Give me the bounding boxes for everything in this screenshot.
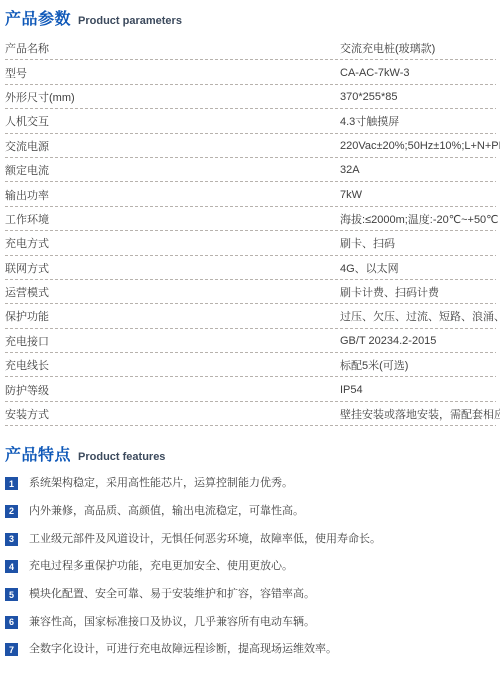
parameters-title-en: Product parameters: [78, 15, 182, 27]
spec-value: 刷卡计费、扫码计费: [340, 284, 439, 300]
features-title-zh: 产品特点: [5, 442, 71, 465]
feature-item: 7 全数字化设计，可进行充电故障远程诊断，提高现场运维效率。: [5, 642, 496, 670]
spec-label: 保护功能: [5, 308, 340, 324]
feature-item: 4 充电过程多重保护功能，充电更加安全、使用更放心。: [5, 559, 496, 587]
spec-row: 保护功能 过压、欠压、过流、短路、浪涌、漏电等: [5, 304, 496, 328]
spec-label: 充电方式: [5, 235, 340, 251]
parameters-section-header: 产品参数 Product parameters: [5, 6, 496, 29]
spec-row: 充电线长 标配5米(可选): [5, 353, 496, 377]
feature-number-badge: 6: [5, 616, 18, 629]
spec-value: 交流充电桩(玻璃款): [340, 40, 435, 56]
spec-label: 充电接口: [5, 333, 340, 349]
spec-value: 220Vac±20%;50Hz±10%;L+N+PE: [340, 140, 500, 152]
feature-number-badge: 4: [5, 560, 18, 573]
spec-label: 交流电源: [5, 138, 340, 154]
spec-row: 防护等级 IP54: [5, 377, 496, 401]
spec-value: 过压、欠压、过流、短路、浪涌、漏电等: [340, 308, 500, 324]
spec-value: IP54: [340, 384, 363, 396]
spec-label: 人机交互: [5, 113, 340, 129]
spec-row: 联网方式 4G、以太网: [5, 256, 496, 280]
feature-item: 3 工业级元部件及风道设计，无惧任何恶劣环境，故障率低，使用寿命长。: [5, 532, 496, 560]
spec-label: 工作环境: [5, 211, 340, 227]
spec-label: 联网方式: [5, 260, 340, 276]
spec-value: 7kW: [340, 189, 362, 201]
spec-row: 安装方式 壁挂安装或落地安装，需配套相应附件: [5, 402, 496, 426]
spec-row: 交流电源 220Vac±20%;50Hz±10%;L+N+PE: [5, 134, 496, 158]
spec-value: 海拔:≤2000m;温度:-20℃~+50℃: [340, 211, 499, 227]
spec-value: 32A: [340, 164, 360, 176]
spec-row: 外形尺寸(mm) 370*255*85: [5, 85, 496, 109]
parameters-title-zh: 产品参数: [5, 6, 71, 29]
feature-item: 2 内外兼修，高品质、高颜值，输出电流稳定，可靠性高。: [5, 504, 496, 532]
feature-number-badge: 2: [5, 505, 18, 518]
spec-label: 外形尺寸(mm): [5, 89, 340, 105]
spec-label: 充电线长: [5, 357, 340, 373]
spec-label: 型号: [5, 65, 340, 81]
spec-row: 充电接口 GB/T 20234.2-2015: [5, 329, 496, 353]
spec-row: 运营模式 刷卡计费、扫码计费: [5, 280, 496, 304]
spec-value: 370*255*85: [340, 91, 398, 103]
spec-row: 型号 CA-AC-7kW-3: [5, 60, 496, 84]
feature-item: 6 兼容性高，国家标准接口及协议，几乎兼容所有电动车辆。: [5, 615, 496, 643]
feature-item: 5 模块化配置、安全可靠、易于安装维护和扩容，容错率高。: [5, 587, 496, 615]
spec-value: 刷卡、扫码: [340, 235, 395, 251]
feature-text: 兼容性高，国家标准接口及协议，几乎兼容所有电动车辆。: [29, 615, 315, 630]
spec-value: CA-AC-7kW-3: [340, 67, 409, 79]
spec-label: 运营模式: [5, 284, 340, 300]
spec-label: 安装方式: [5, 406, 340, 422]
feature-item: 1 系统架构稳定，采用高性能芯片，运算控制能力优秀。: [5, 476, 496, 504]
feature-text: 工业级元部件及风道设计，无惧任何恶劣环境，故障率低，使用寿命长。: [29, 532, 381, 547]
spec-value: 4G、以太网: [340, 260, 399, 276]
spec-label: 输出功率: [5, 187, 340, 203]
spec-row: 充电方式 刷卡、扫码: [5, 231, 496, 255]
feature-text: 内外兼修，高品质、高颜值，输出电流稳定，可靠性高。: [29, 504, 304, 519]
spec-value: 4.3寸触摸屏: [340, 113, 399, 129]
feature-text: 充电过程多重保护功能，充电更加安全、使用更放心。: [29, 559, 293, 574]
spec-row: 工作环境 海拔:≤2000m;温度:-20℃~+50℃: [5, 207, 496, 231]
spec-row: 输出功率 7kW: [5, 182, 496, 206]
spec-value: 壁挂安装或落地安装，需配套相应附件: [340, 406, 500, 422]
feature-text: 全数字化设计，可进行充电故障远程诊断，提高现场运维效率。: [29, 642, 337, 657]
spec-row: 额定电流 32A: [5, 158, 496, 182]
features-title-en: Product features: [78, 451, 165, 463]
feature-text: 系统架构稳定，采用高性能芯片，运算控制能力优秀。: [29, 476, 293, 491]
spec-label: 防护等级: [5, 382, 340, 398]
feature-text: 模块化配置、安全可靠、易于安装维护和扩容，容错率高。: [29, 587, 315, 602]
spec-value: GB/T 20234.2-2015: [340, 335, 436, 347]
feature-number-badge: 7: [5, 643, 18, 656]
spec-value: 标配5米(可选): [340, 357, 408, 373]
spec-row: 产品名称 交流充电桩(玻璃款): [5, 36, 496, 60]
feature-number-badge: 3: [5, 533, 18, 546]
spec-label: 额定电流: [5, 162, 340, 178]
spec-table: 产品名称 交流充电桩(玻璃款) 型号 CA-AC-7kW-3 外形尺寸(mm) …: [5, 36, 496, 426]
features-section-header: 产品特点 Product features: [5, 442, 496, 465]
feature-list: 1 系统架构稳定，采用高性能芯片，运算控制能力优秀。 2 内外兼修，高品质、高颜…: [5, 476, 496, 670]
product-spec-page: 产品参数 Product parameters 产品名称 交流充电桩(玻璃款) …: [0, 0, 500, 676]
spec-label: 产品名称: [5, 40, 340, 56]
feature-number-badge: 5: [5, 588, 18, 601]
feature-number-badge: 1: [5, 477, 18, 490]
spec-row: 人机交互 4.3寸触摸屏: [5, 109, 496, 133]
